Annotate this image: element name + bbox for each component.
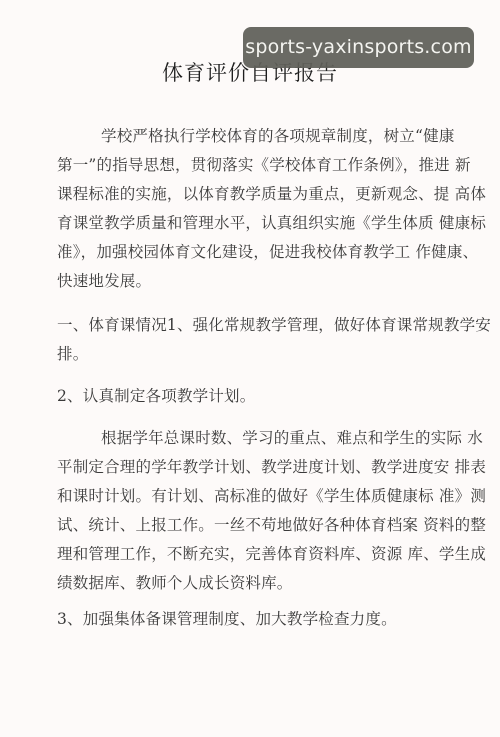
document-page: 体育评价自评报告 学校严格执行学校体育的各项规章制度，树立“健康 第一”的指导思… <box>0 0 500 737</box>
text-line: 试、统计、上报工作。一丝不苟地做好各种体育档案 资料的整 <box>57 511 447 540</box>
text-line: 2、认真制定各项教学计划。 <box>57 382 447 411</box>
text-line: 准》，加强校园体育文化建设，促进我校体育教学工 作健康、 <box>57 238 447 267</box>
text-line: 3、加强集体备课管理制度、加大教学检查力度。 <box>57 605 447 634</box>
paragraph-intro: 学校严格执行学校体育的各项规章制度，树立“健康 第一”的指导思想，贯彻落实《学校… <box>57 122 447 296</box>
paragraph-item-2: 2、认真制定各项教学计划。 <box>57 382 447 411</box>
text-line: 学校严格执行学校体育的各项规章制度，树立“健康 <box>57 122 447 151</box>
paragraph-section-1: 一、体育课情况1、强化常规教学管理，做好体育课常规教学安 排。 <box>57 311 447 369</box>
text-line: 平制定合理的学年教学计划、教学进度计划、教学进度安 排表 <box>57 453 447 482</box>
paragraph-planning: 根据学年总课时数、学习的重点、难点和学生的实际 水 平制定合理的学年教学计划、教… <box>57 424 447 598</box>
text-line: 一、体育课情况1、强化常规教学管理，做好体育课常规教学安 <box>57 311 447 340</box>
watermark-badge: sports-yaxinsports.com <box>243 27 474 68</box>
text-line: 育课堂教学质量和管理水平，认真组织实施《学生体质 健康标 <box>57 209 447 238</box>
text-line: 课程标准的实施，以体育教学质量为重点，更新观念、提 高体 <box>57 180 447 209</box>
text-line: 第一”的指导思想，贯彻落实《学校体育工作条例》，推进 新 <box>57 151 447 180</box>
text-line: 根据学年总课时数、学习的重点、难点和学生的实际 水 <box>57 424 447 453</box>
text-line: 和课时计划。有计划、高标准的做好《学生体质健康标 准》测 <box>57 482 447 511</box>
paragraph-item-3: 3、加强集体备课管理制度、加大教学检查力度。 <box>57 605 447 634</box>
text-line: 快速地发展。 <box>57 267 447 296</box>
text-line: 绩数据库、教师个人成长资料库。 <box>57 569 447 598</box>
text-line: 理和管理工作，不断充实，完善体育资料库、资源 库、学生成 <box>57 540 447 569</box>
text-line: 排。 <box>57 340 447 369</box>
